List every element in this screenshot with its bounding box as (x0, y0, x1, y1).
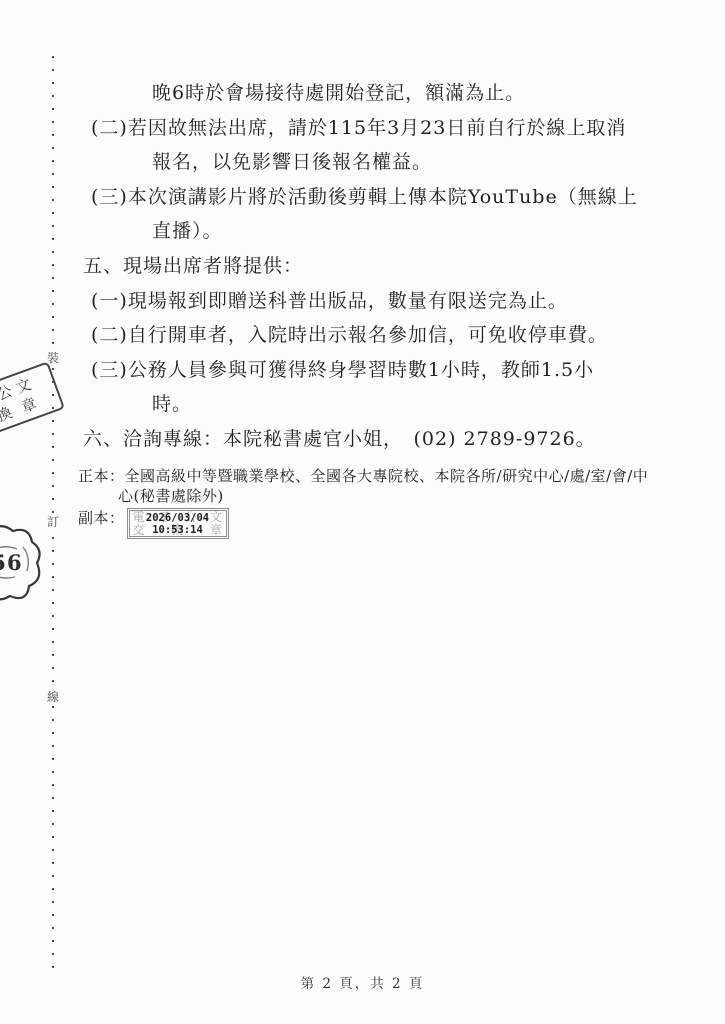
body-line: (二)自行開車者，入院時出示報名參加信，可免收停車費。 (0, 318, 680, 353)
document-page: 裝 訂 線 電子公文 交換章 56 晚6時於會場接待處開始登記，額滿為止。 (二… (0, 0, 725, 1024)
document-body: 晚6時於會場接待處開始登記，額滿為止。 (二)若因故無法出席，請於115年3月2… (0, 76, 680, 457)
distribution-block: 正本：全國高級中等暨職業學校、全國各大專院校、本院各所/研究中心/處/室/會/中… (78, 466, 668, 539)
body-line: (二)若因故無法出席，請於115年3月23日前自行於線上取消 (0, 111, 680, 146)
exchange-stamp-date: 2026/03/04 (146, 512, 209, 524)
body-line: 報名，以免影響日後報名權益。 (0, 145, 680, 180)
page-number-seal: 56 (0, 523, 47, 603)
original-copy-line-wrap: 心(秘書處除外) (78, 486, 668, 506)
body-line: (三)本次演講影片將於活動後剪輯上傳本院YouTube（無線上 (0, 180, 680, 215)
body-line: 五、現場出席者將提供： (0, 249, 680, 284)
body-line: 時。 (0, 387, 680, 422)
original-copy-label: 正本： (78, 467, 125, 485)
original-copy-recipients: 全國高級中等暨職業學校、全國各大專院校、本院各所/研究中心/處/室/會/中 (125, 467, 649, 485)
body-line: 直播）。 (0, 214, 680, 249)
carbon-copy-label: 副本： (78, 508, 125, 528)
body-line: (一)現場報到即贈送科普出版品，數量有限送完為止。 (0, 284, 680, 319)
original-copy-line: 正本：全國高級中等暨職業學校、全國各大專院校、本院各所/研究中心/處/室/會/中 (78, 466, 668, 486)
exchange-stamp-datetime: 2026/03/04 10:53:14 (130, 511, 226, 536)
electronic-exchange-stamp: 電子公文 交換章 2026/03/04 10:53:14 (127, 508, 229, 539)
binding-mark-ding: 訂 (46, 513, 60, 531)
binding-mark-xian: 線 (46, 688, 60, 706)
page-seal-number: 56 (0, 550, 23, 575)
page-indicator: 第 2 頁，共 2 頁 (0, 972, 725, 992)
body-line: (三)公務人員參與可獲得終身學習時數1小時，教師1.5小 (0, 353, 680, 388)
exchange-stamp-time: 10:53:14 (152, 524, 203, 536)
carbon-copy-line: 副本： 電子公文 交換章 2026/03/04 10:53:14 (78, 508, 668, 539)
body-line: 六、洽詢專線：本院秘書處官小姐， (02) 2789-9726。 (0, 422, 680, 457)
body-line: 晚6時於會場接待處開始登記，額滿為止。 (0, 76, 680, 111)
